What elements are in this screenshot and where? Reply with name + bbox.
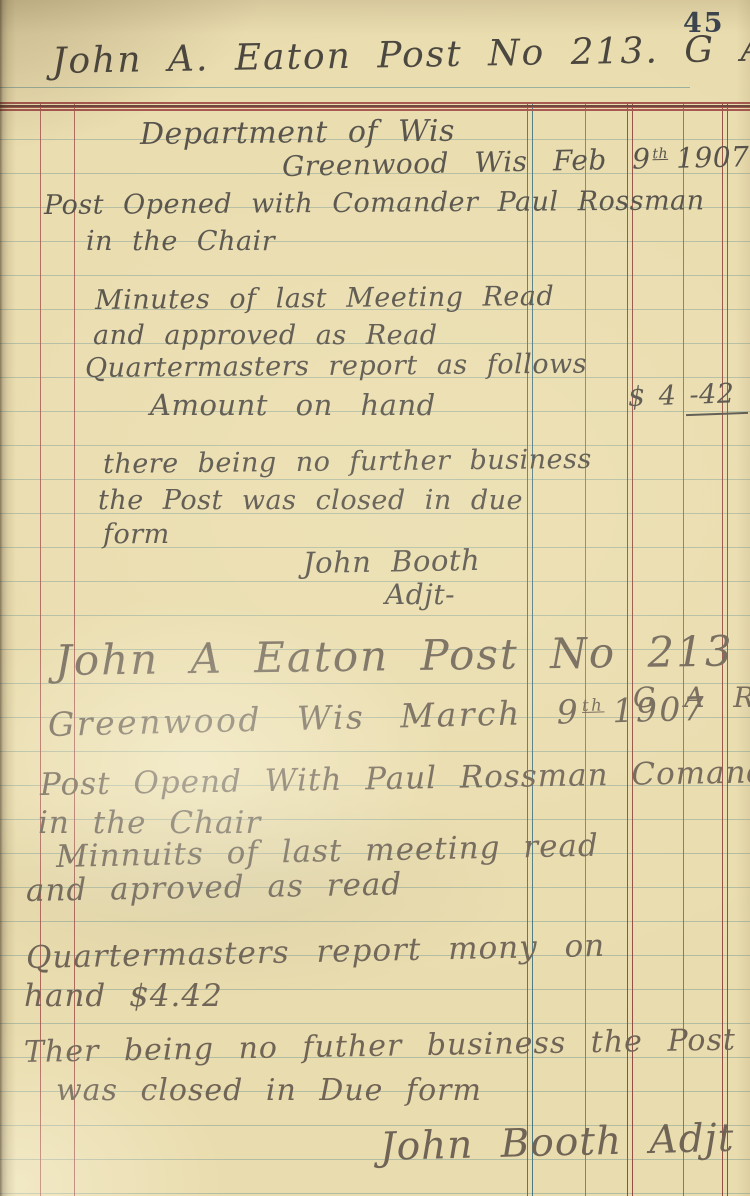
entry-feb-dateline-year: 1907: [676, 140, 750, 175]
ledger-scan-page: 45 John A. Eaton Post No 213. G A R Depa…: [0, 0, 750, 1196]
entry-march-dateline-year: 1907: [612, 689, 707, 730]
entry-march-title: John A Eaton Post No 213: [55, 631, 734, 682]
entry-feb-line: in the Chair: [86, 228, 275, 255]
entry-feb-closing-line: the Post was closed in due: [98, 487, 523, 514]
entry-feb-line: Minutes of last Meeting Read: [95, 283, 554, 314]
entry-march-line: was closed in Due form: [56, 1076, 482, 1106]
entry-march-line: and aproved as read: [26, 869, 403, 907]
entry-march-line: hand $4.42: [24, 981, 223, 1012]
entry-march-line: in the Chair: [38, 808, 261, 839]
entry-feb-heading: Department of Wis: [140, 117, 455, 150]
entry-march-signature: John Booth Adjt: [379, 1119, 734, 1167]
entry-feb-line: Post Opened with Comander Paul Rossman: [44, 187, 705, 219]
entry-march-dateline-ordinal: th: [582, 695, 605, 715]
entry-feb-closing-line: form: [103, 521, 170, 548]
red-double-rule: [0, 101, 750, 112]
entry-feb-signature-title: Adjt-: [385, 581, 455, 609]
entry-feb-line: Amount on hand: [150, 391, 436, 420]
entry-feb-amount: $ 4 -42: [628, 380, 735, 411]
header-underline-rule: [0, 87, 690, 88]
entry-feb-signature: John Booth: [303, 546, 481, 578]
entry-feb-line: Quartermasters report as follows: [85, 351, 587, 382]
entry-feb-dateline-ordinal: th: [652, 146, 668, 162]
header-title: John A. Eaton Post No 213. G A R: [52, 31, 750, 80]
entry-feb-closing-line: there being no further business: [103, 446, 592, 478]
margin-rule-red-left: [40, 102, 41, 1196]
entry-feb-line: and approved as Read: [93, 322, 438, 349]
